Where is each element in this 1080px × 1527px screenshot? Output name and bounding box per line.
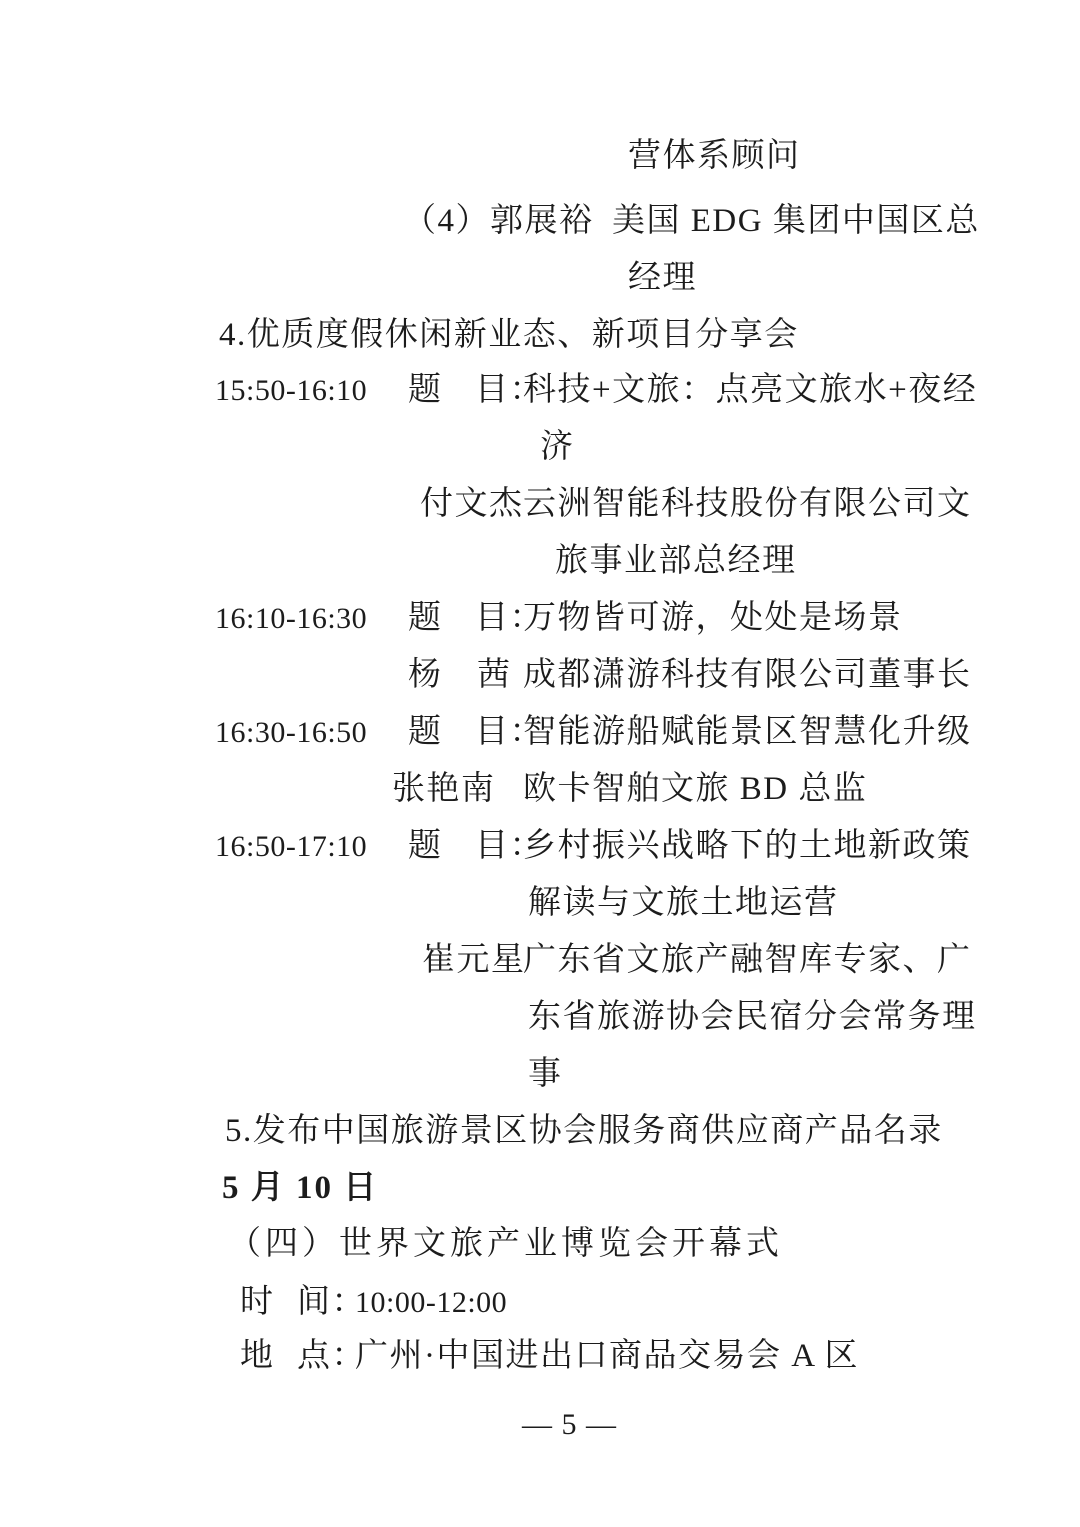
talk3-speaker: 张艳南 <box>392 761 496 818</box>
talk4-affiliation-line2: 东省旅游协会民宿分会常务理 <box>528 989 977 1046</box>
carryover-wrap-line: 营体系顾问 <box>628 128 801 185</box>
time-value: 10:00-12:00 <box>355 1274 507 1331</box>
talk2-topic-line1: 万物皆可游，处处是场景 <box>523 590 903 647</box>
talk3-time: 16:30-16:50 <box>215 704 367 761</box>
time-label-shi: 时 <box>240 1274 275 1331</box>
page-number: — 5 — <box>522 1396 617 1453</box>
place-value: 广州·中国进出口商品交易会 A 区 <box>355 1328 859 1385</box>
talk1-topic-line2: 济 <box>540 419 575 476</box>
talk2-speaker: 杨 茜 <box>408 647 512 704</box>
talk1-speaker: 付文杰 <box>420 476 524 533</box>
talk4-affiliation-line1: 广东省文旅产融智库专家、广 <box>523 932 972 989</box>
session4-heading: 4.优质度假休闲新业态、新项目分享会 <box>219 307 799 364</box>
carryover-item-affiliation-line1: 美国 EDG 集团中国区总 <box>612 193 980 250</box>
talk3-affiliation-line1: 欧卡智舶文旅 BD 总监 <box>523 761 867 818</box>
talk4-topic-label-ti: 题 <box>408 818 443 875</box>
talk2-topic-label-ti: 题 <box>408 590 443 647</box>
talk2-affiliation-line1: 成都潇游科技有限公司董事长 <box>523 647 972 704</box>
talk1-affiliation-line1: 云洲智能科技股份有限公司文 <box>523 476 972 533</box>
talk4-topic-line1: 乡村振兴战略下的土地新政策 <box>523 818 972 875</box>
section-heading: （四）世界文旅产业博览会开幕式 <box>228 1216 783 1273</box>
document-page: 营体系顾问 （4）郭展裕 美国 EDG 集团中国区总 经理 4.优质度假休闲新业… <box>0 0 1080 1527</box>
talk2-time: 16:10-16:30 <box>215 590 367 647</box>
session5-heading: 5.发布中国旅游景区协会服务商供应商产品名录 <box>225 1103 943 1160</box>
talk4-affiliation-line3: 事 <box>528 1046 563 1103</box>
talk1-topic-line1: 科技+文旅：点亮文旅水+夜经 <box>523 362 977 419</box>
talk4-topic-line2: 解读与文旅土地运营 <box>528 875 839 932</box>
talk4-speaker: 崔元星 <box>422 932 526 989</box>
date-heading: 5 月 10 日 <box>222 1160 378 1217</box>
carryover-item-affiliation-line2: 经理 <box>628 250 697 307</box>
carryover-item-label: （4）郭展裕 <box>403 193 594 250</box>
place-label-di: 地 <box>240 1328 275 1385</box>
talk1-topic-label-ti: 题 <box>408 362 443 419</box>
talk1-time: 15:50-16:10 <box>215 362 367 419</box>
talk1-affiliation-line2: 旅事业部总经理 <box>555 533 797 590</box>
talk3-topic-line1: 智能游船赋能景区智慧化升级 <box>523 704 972 761</box>
talk3-topic-label-ti: 题 <box>408 704 443 761</box>
talk4-time: 16:50-17:10 <box>215 818 367 875</box>
